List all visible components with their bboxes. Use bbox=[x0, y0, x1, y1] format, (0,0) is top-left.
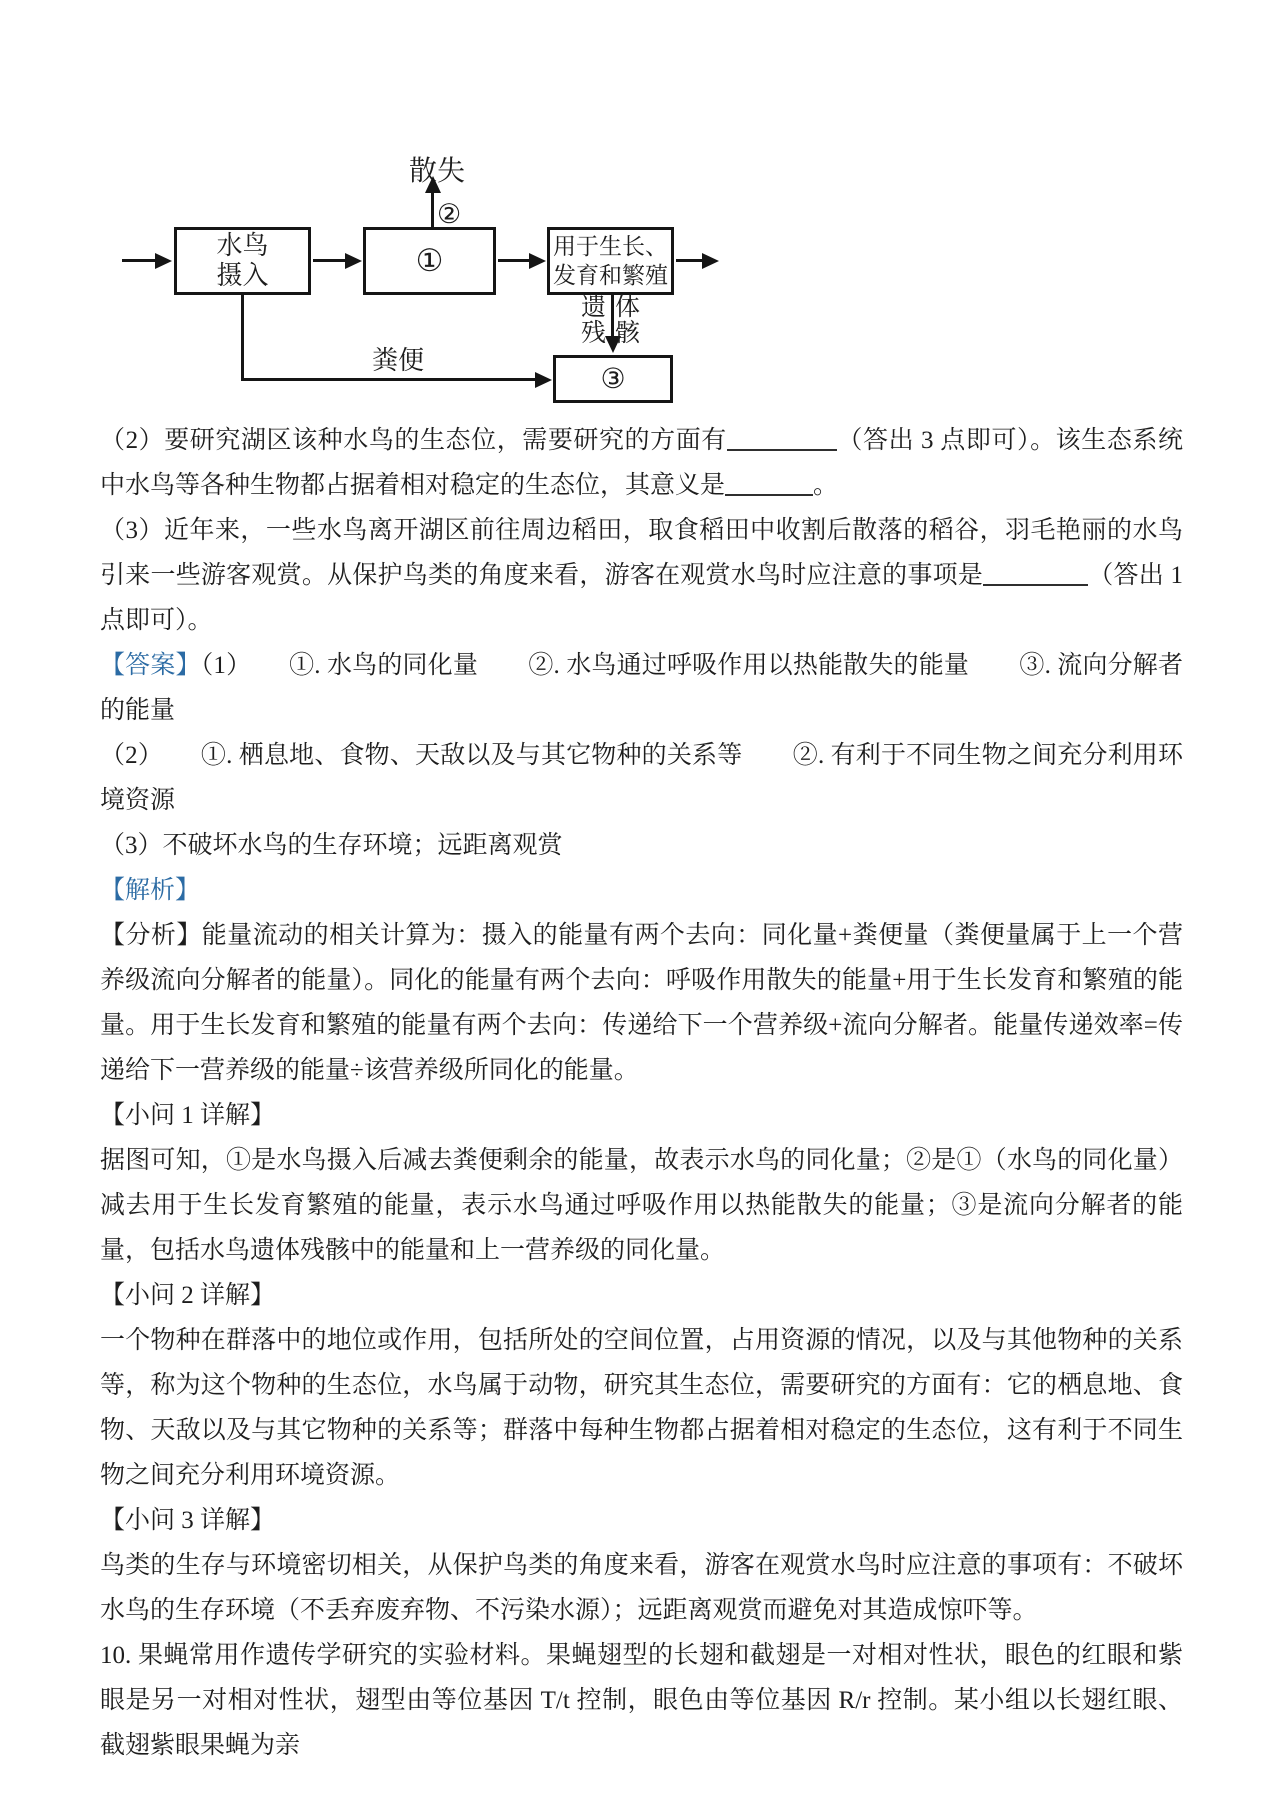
detail-3-heading: 【小问 3 详解】 bbox=[100, 1498, 1183, 1543]
remains-char-4: 骸 bbox=[615, 321, 640, 347]
exam-page: 散失 ② 水鸟 摄入 ① 用于生长、 发育和繁殖 遗 体 残 骸 粪便 ③ bbox=[0, 0, 1280, 1810]
circled-2-label: ② bbox=[437, 201, 461, 228]
arrow-assimilation-to-growth bbox=[498, 259, 529, 262]
document-body: （2）要研究湖区该种水鸟的生态位，需要研究的方面有（答出 3 点即可）。该生态系… bbox=[0, 418, 1280, 1768]
assimilation-box: ① bbox=[363, 227, 496, 295]
intake-box-line2: 摄入 bbox=[216, 261, 268, 291]
detail-3-text: 鸟类的生存与环境密切相关，从保护鸟类的角度来看，游客在观赏水鸟时应注意的事项有：… bbox=[100, 1552, 1183, 1624]
growth-box-line2: 发育和繁殖 bbox=[553, 261, 668, 290]
answer-1-text: （1） ①. 水鸟的同化量 ②. 水鸟通过呼吸作用以热能散失的能量 ③. 流向分… bbox=[100, 652, 1183, 724]
intake-box-line1: 水鸟 bbox=[216, 231, 268, 261]
remains-char-3: 残 bbox=[581, 321, 606, 347]
fill-blank-3 bbox=[983, 559, 1088, 586]
arrow-intake-to-assimilation bbox=[313, 259, 345, 262]
q2-text-3: 。 bbox=[813, 472, 838, 499]
intake-box: 水鸟 摄入 bbox=[174, 227, 311, 295]
arrow-loss-up bbox=[431, 193, 434, 227]
arrow-feces-to-decomposer bbox=[241, 378, 535, 381]
detail-2-heading: 【小问 2 详解】 bbox=[100, 1273, 1183, 1318]
analysis-paragraph: 【分析】能量流动的相关计算为：摄入的能量有两个去向：同化量+粪便量（粪便量属于上… bbox=[100, 913, 1183, 1093]
detail-3-paragraph: 鸟类的生存与环境密切相关，从保护鸟类的角度来看，游客在观赏水鸟时应注意的事项有：… bbox=[100, 1543, 1183, 1633]
growth-box-line1: 用于生长、 bbox=[553, 232, 668, 261]
feces-line-vertical bbox=[241, 295, 244, 381]
arrow-out-of-growth bbox=[676, 259, 702, 262]
answer-paragraph-3: （3）不破坏水鸟的生存环境；远距离观赏 bbox=[100, 823, 1183, 868]
analysis-text: 【分析】能量流动的相关计算为：摄入的能量有两个去向：同化量+粪便量（粪便量属于上… bbox=[100, 922, 1183, 1084]
arrow-remains-down bbox=[611, 295, 614, 336]
growth-box: 用于生长、 发育和繁殖 bbox=[547, 227, 674, 295]
detail-1-label: 【小问 1 详解】 bbox=[100, 1102, 275, 1129]
fill-blank-2 bbox=[725, 469, 813, 496]
circled-1-label: ① bbox=[416, 243, 444, 279]
fill-blank-1 bbox=[727, 424, 837, 451]
question-10: 10. 果蝇常用作遗传学研究的实验材料。果蝇翅型的长翅和截翅是一对相对性状，眼色… bbox=[100, 1633, 1183, 1768]
detail-2-paragraph: 一个物种在群落中的地位或作用，包括所处的空间位置，占用资源的情况，以及与其他物种… bbox=[100, 1318, 1183, 1498]
detail-1-paragraph: 据图可知，①是水鸟摄入后减去粪便剩余的能量，故表示水鸟的同化量；②是①（水鸟的同… bbox=[100, 1138, 1183, 1273]
decomposer-box: ③ bbox=[553, 355, 673, 403]
arrow-into-intake bbox=[122, 259, 155, 262]
analysis-label: 【解析】 bbox=[100, 877, 200, 904]
detail-2-label: 【小问 2 详解】 bbox=[100, 1282, 275, 1309]
remains-char-2: 体 bbox=[615, 295, 640, 321]
remains-char-1: 遗 bbox=[581, 295, 606, 321]
answer-label: 【答案】 bbox=[100, 652, 201, 679]
analysis-heading: 【解析】 bbox=[100, 868, 1183, 913]
q2-text-1: （2）要研究湖区该种水鸟的生态位，需要研究的方面有 bbox=[100, 427, 727, 454]
question-3: （3）近年来，一些水鸟离开湖区前往周边稻田，取食稻田中收割后散落的稻谷，羽毛艳丽… bbox=[100, 508, 1183, 643]
detail-1-heading: 【小问 1 详解】 bbox=[100, 1093, 1183, 1138]
q10-text: 10. 果蝇常用作遗传学研究的实验材料。果蝇翅型的长翅和截翅是一对相对性状，眼色… bbox=[100, 1642, 1183, 1759]
detail-1-text: 据图可知，①是水鸟摄入后减去粪便剩余的能量，故表示水鸟的同化量；②是①（水鸟的同… bbox=[100, 1147, 1183, 1264]
feces-label: 粪便 bbox=[372, 348, 424, 374]
question-2: （2）要研究湖区该种水鸟的生态位，需要研究的方面有（答出 3 点即可）。该生态系… bbox=[100, 418, 1183, 508]
answer-3-text: （3）不破坏水鸟的生存环境；远距离观赏 bbox=[100, 832, 563, 859]
answer-paragraph-2: （2） ①. 栖息地、食物、天敌以及与其它物种的关系等 ②. 有利于不同生物之间… bbox=[100, 733, 1183, 823]
detail-2-text: 一个物种在群落中的地位或作用，包括所处的空间位置，占用资源的情况，以及与其他物种… bbox=[100, 1327, 1183, 1489]
answer-paragraph-1: 【答案】（1） ①. 水鸟的同化量 ②. 水鸟通过呼吸作用以热能散失的能量 ③.… bbox=[100, 643, 1183, 733]
circled-3-label: ③ bbox=[600, 362, 625, 396]
energy-flow-diagram: 散失 ② 水鸟 摄入 ① 用于生长、 发育和繁殖 遗 体 残 骸 粪便 ③ bbox=[0, 0, 1280, 418]
answer-2-text: （2） ①. 栖息地、食物、天敌以及与其它物种的关系等 ②. 有利于不同生物之间… bbox=[100, 742, 1183, 814]
detail-3-label: 【小问 3 详解】 bbox=[100, 1507, 275, 1534]
